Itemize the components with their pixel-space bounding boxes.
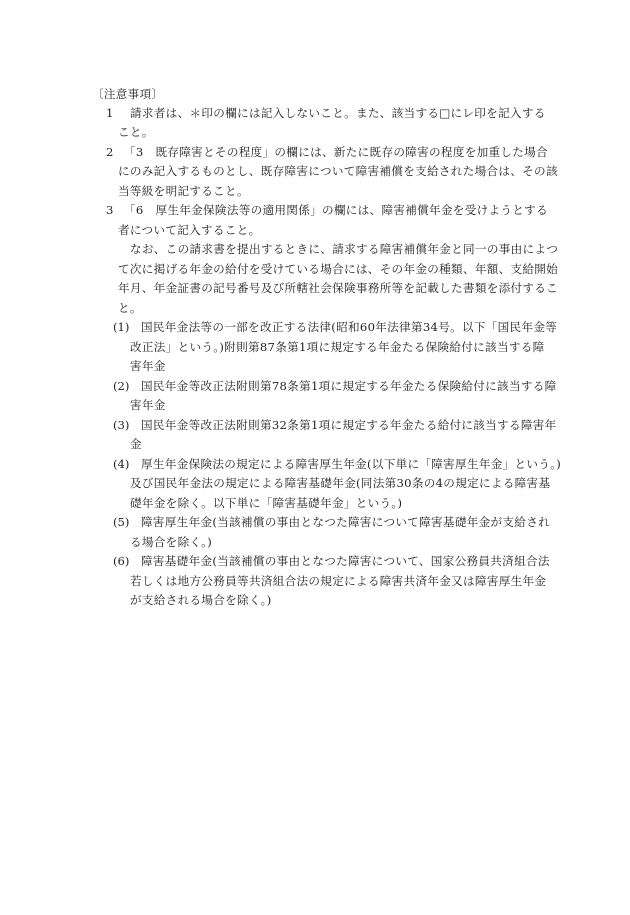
- item-3-number: 3: [106, 203, 113, 217]
- subitem-5-number: (5): [113, 515, 129, 529]
- subitem-2-line-1: 国民年金等改正法附則第78条第1項に規定する年金たる保険給付に該当する障: [141, 379, 557, 393]
- subitem-1-line-3: 害年金: [130, 359, 166, 373]
- item-3-line-1: 「6 厚生年金保険法等の適用関係」の欄には、障害補償年金を受けようとする: [124, 203, 548, 217]
- item-1-line-1: 請求者は、＊印の欄には記入しないこと。また、該当する□にレ印を記入する: [130, 106, 546, 120]
- subitem-6-line-2: 若しくは地方公務員等共済組合法の規定による障害共済年金又は障害厚生年金: [130, 574, 546, 588]
- notes-heading: 〔注意事項〕: [92, 87, 163, 101]
- item-3-paragraph-line-3: 年月、年金証書の記号番号及び所轄社会保険事務所等を記載した書類を添付するこ: [118, 281, 558, 295]
- item-1-line-2: こと。: [118, 125, 154, 139]
- subitem-5-line-1: 障害厚生年金(当該補償の事由となつた障害について障害基礎年金が支給され: [141, 515, 550, 529]
- subitem-3-number: (3): [113, 418, 129, 432]
- subitem-6-number: (6): [113, 554, 129, 568]
- item-3-paragraph-line-4: と。: [118, 301, 142, 315]
- item-2-line-1: 「3 既存障害とその程度」の欄には、新たに既存の障害の程度を加重した場合: [124, 145, 548, 159]
- item-1-number: 1: [106, 106, 113, 120]
- subitem-3-line-1: 国民年金等改正法附則第32条第1項に規定する年金たる給付に該当する障害年: [141, 418, 557, 432]
- subitem-1-line-2: 改正法」という。)附則第87条第1項に規定する年金たる保険給付に該当する障: [130, 340, 545, 354]
- subitem-3-line-2: 金: [130, 437, 142, 451]
- subitem-4-line-3: 礎年金を除く。以下単に「障害基礎年金」という。): [130, 496, 402, 510]
- subitem-6-line-3: が支給される場合を除く。): [130, 593, 272, 607]
- subitem-6-line-1: 障害基礎年金(当該補償の事由となつた障害について、国家公務員共済組合法: [141, 554, 550, 568]
- item-3-line-2: 者について記入すること。: [118, 223, 261, 237]
- item-2-number: 2: [106, 145, 113, 159]
- subitem-5-line-2: る場合を除く。): [130, 535, 212, 549]
- subitem-1-line-1: 国民年金法等の一部を改正する法律(昭和60年法律第34号。以下「国民年金等: [141, 320, 557, 334]
- subitem-4-number: (4): [113, 457, 129, 471]
- subitem-4-line-1: 厚生年金保険法の規定による障害厚生年金(以下単に「障害厚生年金」という。): [141, 457, 561, 471]
- item-2-line-3: 当等級を明記すること。: [118, 184, 249, 198]
- subitem-2-line-2: 害年金: [130, 398, 166, 412]
- item-3-paragraph-line-2: て次に掲げる年金の給付を受けている場合には、その年金の種類、年額、支給開始: [118, 262, 558, 276]
- item-2-line-2: にのみ記入するものとし、既存障害について障害補償を支給された場合は、その該: [118, 164, 558, 178]
- item-3-paragraph-line-1: なお、この請求書を提出するときに、請求する障害補償年金と同一の事由によつ: [130, 242, 558, 256]
- subitem-4-line-2: 及び国民年金法の規定による障害基礎年金(同法第30条の4の規定による障害基: [130, 476, 550, 490]
- subitem-1-number: (1): [113, 320, 129, 334]
- subitem-2-number: (2): [113, 379, 129, 393]
